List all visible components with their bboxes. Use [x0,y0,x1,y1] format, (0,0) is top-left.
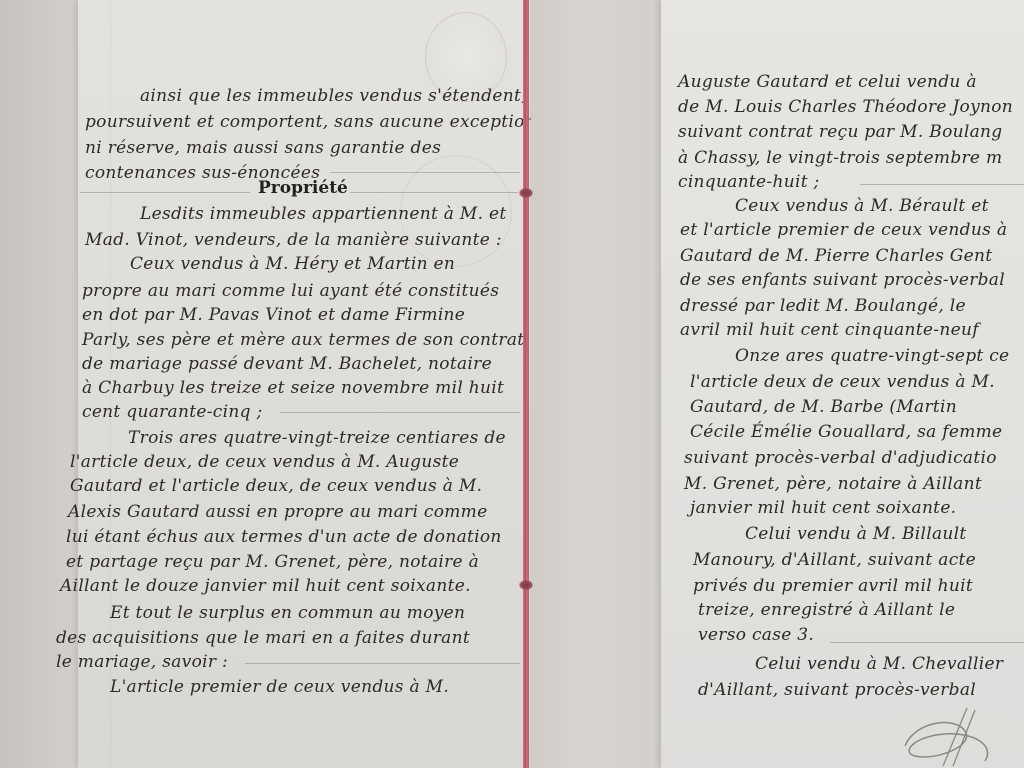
text-line: et partage reçu par M. Grenet, père, not… [66,552,479,572]
text-line: ni réserve, mais aussi sans garantie des [85,138,441,158]
text-line: avril mil huit cent cinquante-neuf [680,320,979,340]
text-line: Aillant le douze janvier mil huit cent s… [60,576,471,596]
line-filler-rule [830,642,1024,643]
binding-thread [523,0,529,768]
text-line: dressé par ledit M. Boulangé, le [680,296,966,316]
text-line: Celui vendu à M. Billault [745,524,967,544]
text-line: janvier mil huit cent soixante. [690,498,956,518]
line-filler-rule [245,663,520,664]
text-line: l'article deux de ceux vendus à M. [690,372,995,392]
text-line: Gautard, de M. Barbe (Martin [690,397,957,417]
section-heading: Propriété [258,178,348,198]
text-line: Mad. Vinot, vendeurs, de la manière suiv… [85,230,502,250]
text-line: poursuivent et comportent, sans aucune e… [85,112,536,132]
text-line: Auguste Gautard et celui vendu à [678,72,977,92]
text-line: ainsi que les immeubles vendus s'étenden… [140,86,527,106]
text-line: lui étant échus aux termes d'un acte de … [66,527,502,547]
text-line: cent quarante-cinq ; [82,402,263,422]
text-line: Celui vendu à M. Chevallier [755,654,1003,674]
text-line: Trois ares quatre-vingt-treize centiares… [128,428,506,448]
text-line: suivant procès-verbal d'adjudicatio [684,448,997,468]
text-line: treize, enregistré à Aillant le [698,600,955,620]
heading-rule-left [80,192,250,193]
text-line: de M. Louis Charles Théodore Joynon [678,97,1013,117]
text-line: Parly, ses père et mère aux termes de so… [82,330,524,350]
text-line: Ceux vendus à M. Bérault et [735,196,989,216]
text-line: Onze ares quatre-vingt-sept ce [735,346,1009,366]
text-line: suivant contrat reçu par M. Boulang [678,122,1002,142]
text-line: à Charbuy les treize et seize novembre m… [82,378,504,398]
heading-rule-right [350,192,518,193]
text-line: Gautard de M. Pierre Charles Gent [680,246,992,266]
text-line: de mariage passé devant M. Bachelet, not… [82,354,492,374]
text-line: et l'article premier de ceux vendus à [680,220,1007,240]
text-line: cinquante-huit ; [678,172,820,192]
paraph-flourish-icon [895,706,1005,768]
text-line: en dot par M. Pavas Vinot et dame Firmin… [82,305,465,325]
line-filler-rule [330,172,520,173]
binding-knot [519,580,533,590]
text-line: de ses enfants suivant procès-verbal [680,270,1005,290]
text-line: Alexis Gautard aussi en propre au mari c… [68,502,487,522]
text-line: des acquisitions que le mari en a faites… [56,628,470,648]
text-line: Lesdits immeubles appartiennent à M. et [140,204,507,224]
text-line: verso case 3. [698,625,814,645]
line-filler-rule [860,184,1024,185]
text-line: le mariage, savoir : [56,652,228,672]
text-line: Ceux vendus à M. Héry et Martin en [130,254,455,274]
binding-knot [519,188,533,198]
text-line: Gautard et l'article deux, de ceux vendu… [70,476,482,496]
text-line: l'article deux, de ceux vendus à M. Augu… [70,452,459,472]
text-line: propre au mari comme lui ayant été const… [82,281,499,301]
line-filler-rule [280,412,520,413]
text-line: d'Aillant, suivant procès-verbal [698,680,976,700]
text-line: privés du premier avril mil huit [693,576,973,596]
book-gutter [531,0,661,768]
text-line: à Chassy, le vingt-trois septembre m [678,148,1002,168]
text-line: Et tout le surplus en commun au moyen [110,603,465,623]
text-line: L'article premier de ceux vendus à M. [110,677,449,697]
text-line: Cécile Émélie Gouallard, sa femme [690,422,1002,442]
text-line: M. Grenet, père, notaire à Aillant [684,474,982,494]
text-line: Manoury, d'Aillant, suivant acte [693,550,976,570]
